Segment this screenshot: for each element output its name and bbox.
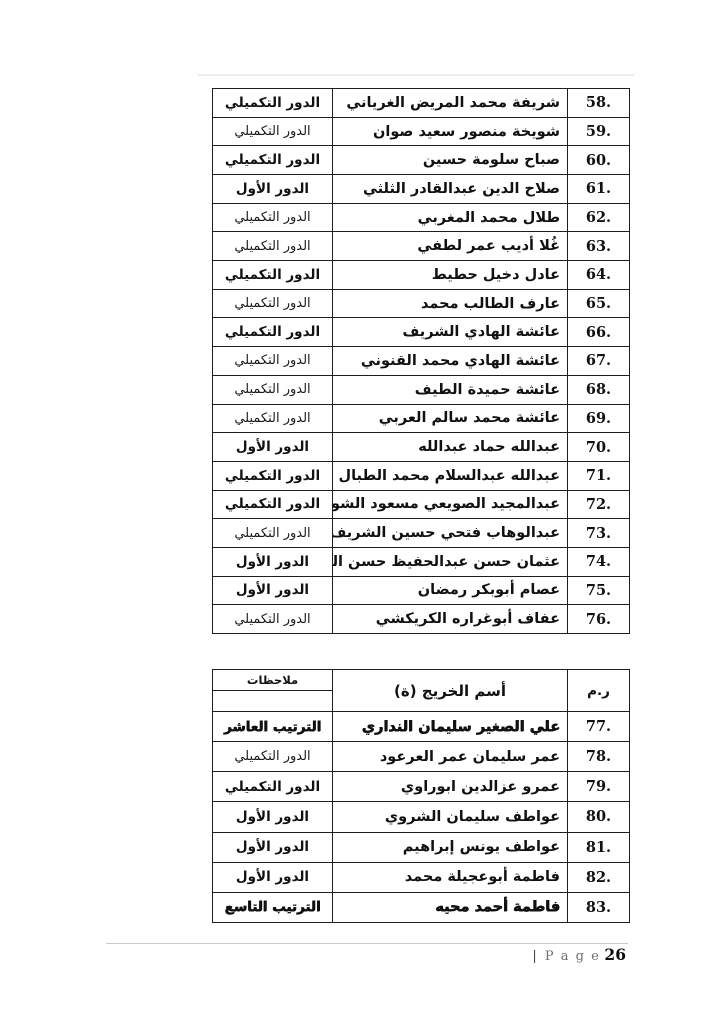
row-serial-number: 59. bbox=[568, 118, 629, 146]
row-serial-number: 81. bbox=[568, 833, 629, 862]
exam-round-note: الدور التكميلي bbox=[213, 261, 332, 289]
graduate-name: عائشة حميدة الطيف bbox=[333, 376, 567, 404]
column-header-notes-empty-subcell bbox=[213, 691, 332, 711]
row-serial-number: 79. bbox=[568, 772, 629, 801]
exam-round-note: الدور التكميلي bbox=[213, 462, 332, 490]
row-serial-number: 64. bbox=[568, 261, 629, 289]
row-serial-number: 74. bbox=[568, 548, 629, 576]
exam-round-note: الدور التكميلي bbox=[213, 318, 332, 346]
graduate-name: غُلا أديب عمر لطفي bbox=[333, 232, 567, 260]
document-page: { "colors": { "table_border": "#1d1d1d",… bbox=[0, 0, 724, 1024]
exam-round-note: الترتيب العاشر bbox=[213, 712, 332, 741]
exam-round-note: الدور التكميلي bbox=[213, 491, 332, 519]
exam-round-note: الدور الأول bbox=[213, 863, 332, 892]
row-serial-number: 83. bbox=[568, 893, 629, 922]
exam-round-note: الترتيب التاسع bbox=[213, 893, 332, 922]
row-serial-number: 68. bbox=[568, 376, 629, 404]
exam-round-note: الدور الأول bbox=[213, 833, 332, 862]
graduate-name: عارف الطالب محمد bbox=[333, 290, 567, 318]
exam-round-note: الدور الأول bbox=[213, 577, 332, 605]
graduate-name: عبدالله حماد عبدالله bbox=[333, 433, 567, 461]
graduate-name: صباح سلومة حسين bbox=[333, 146, 567, 174]
row-serial-number: 76. bbox=[568, 605, 629, 633]
graduate-name: عبدالوهاب فتحي حسين الشريف bbox=[333, 519, 567, 547]
graduate-name: عثمان حسن عبدالحفيظ حسن العالم bbox=[333, 548, 567, 576]
row-serial-number: 71. bbox=[568, 462, 629, 490]
graduate-name: فاطمة أبوعجيلة محمد bbox=[333, 863, 567, 892]
row-serial-number: 61. bbox=[568, 175, 629, 203]
exam-round-note: الدور التكميلي bbox=[213, 204, 332, 232]
exam-round-note: الدور الأول bbox=[213, 175, 332, 203]
exam-round-note: الدور التكميلي bbox=[213, 146, 332, 174]
column-header-notes: ملاحظات bbox=[213, 670, 332, 690]
footer-page-number: 26 bbox=[604, 945, 626, 964]
row-serial-number: 62. bbox=[568, 204, 629, 232]
row-serial-number: 82. bbox=[568, 863, 629, 892]
exam-round-note: الدور التكميلي bbox=[213, 118, 332, 146]
row-serial-number: 66. bbox=[568, 318, 629, 346]
exam-round-note: الدور التكميلي bbox=[213, 376, 332, 404]
row-serial-number: 70. bbox=[568, 433, 629, 461]
graduate-name: عفاف أبوغراره الكريكشي bbox=[333, 605, 567, 633]
row-serial-number: 78. bbox=[568, 742, 629, 771]
graduate-name: علي الصغير سليمان النداري bbox=[333, 712, 567, 741]
exam-round-note: الدور الأول bbox=[213, 548, 332, 576]
graduate-name: عمر سليمان عمر العرعود bbox=[333, 742, 567, 771]
graduate-name: عائشة محمد سالم العربي bbox=[333, 405, 567, 433]
graduate-name: عواطف يونس إبراهيم bbox=[333, 833, 567, 862]
row-serial-number: 58. bbox=[568, 89, 629, 117]
graduate-name: طلال محمد المغربي bbox=[333, 204, 567, 232]
row-serial-number: 63. bbox=[568, 232, 629, 260]
row-serial-number: 69. bbox=[568, 405, 629, 433]
exam-round-note: الدور الأول bbox=[213, 802, 332, 831]
graduate-name: عائشة الهادي محمد القنوني bbox=[333, 347, 567, 375]
exam-round-note: الدور التكميلي bbox=[213, 89, 332, 117]
exam-round-note: الدور التكميلي bbox=[213, 742, 332, 771]
exam-round-note: الدور التكميلي bbox=[213, 347, 332, 375]
footer-page-word: P a g e bbox=[545, 949, 600, 964]
graduate-name: عبدالمجيد الصويعي مسعود الشول bbox=[333, 491, 567, 519]
row-serial-number: 80. bbox=[568, 802, 629, 831]
graduate-name: عادل دخيل حطيط bbox=[333, 261, 567, 289]
graduate-name: عصام أبوبكر رمضان bbox=[333, 577, 567, 605]
exam-round-note: الدور التكميلي bbox=[213, 605, 332, 633]
row-serial-number: 77. bbox=[568, 712, 629, 741]
graduate-name: عمرو عزالدين ابوراوي bbox=[333, 772, 567, 801]
row-serial-number: 60. bbox=[568, 146, 629, 174]
exam-round-note: الدور التكميلي bbox=[213, 772, 332, 801]
exam-round-note: الدور التكميلي bbox=[213, 232, 332, 260]
exam-round-note: الدور التكميلي bbox=[213, 405, 332, 433]
row-serial-number: 75. bbox=[568, 577, 629, 605]
graduate-name: شريفة محمد المريض الغرياني bbox=[333, 89, 567, 117]
graduate-name: فاطمة أحمد محيه bbox=[333, 893, 567, 922]
row-serial-number: 72. bbox=[568, 491, 629, 519]
row-serial-number: 67. bbox=[568, 347, 629, 375]
exam-round-note: الدور التكميلي bbox=[213, 290, 332, 318]
page-footer: | P a g e 26 bbox=[360, 945, 628, 964]
scan-artifact-line bbox=[198, 74, 634, 76]
exam-round-note: الدور الأول bbox=[213, 433, 332, 461]
graduates-table-2: ر.م أسم الخريج (ة) ملاحظات 77. علي الصغي… bbox=[212, 669, 630, 923]
graduates-table-1: 58. شريفة محمد المريض الغرياني الدور الت… bbox=[212, 88, 630, 634]
graduate-name: عواطف سليمان الشروي bbox=[333, 802, 567, 831]
column-header-serial-number: ر.م bbox=[568, 670, 629, 711]
row-serial-number: 65. bbox=[568, 290, 629, 318]
exam-round-note: الدور التكميلي bbox=[213, 519, 332, 547]
footer-pipe: | bbox=[532, 949, 536, 964]
graduate-name: عبدالله عبدالسلام محمد الطبال bbox=[333, 462, 567, 490]
row-serial-number: 73. bbox=[568, 519, 629, 547]
graduate-name: صلاح الدين عبدالقادر الثلثي bbox=[333, 175, 567, 203]
footer-separator-line bbox=[106, 943, 628, 944]
graduate-name: عائشة الهادي الشريف bbox=[333, 318, 567, 346]
graduate-name: شويخة منصور سعيد صوان bbox=[333, 118, 567, 146]
column-header-graduate-name: أسم الخريج (ة) bbox=[333, 670, 567, 711]
